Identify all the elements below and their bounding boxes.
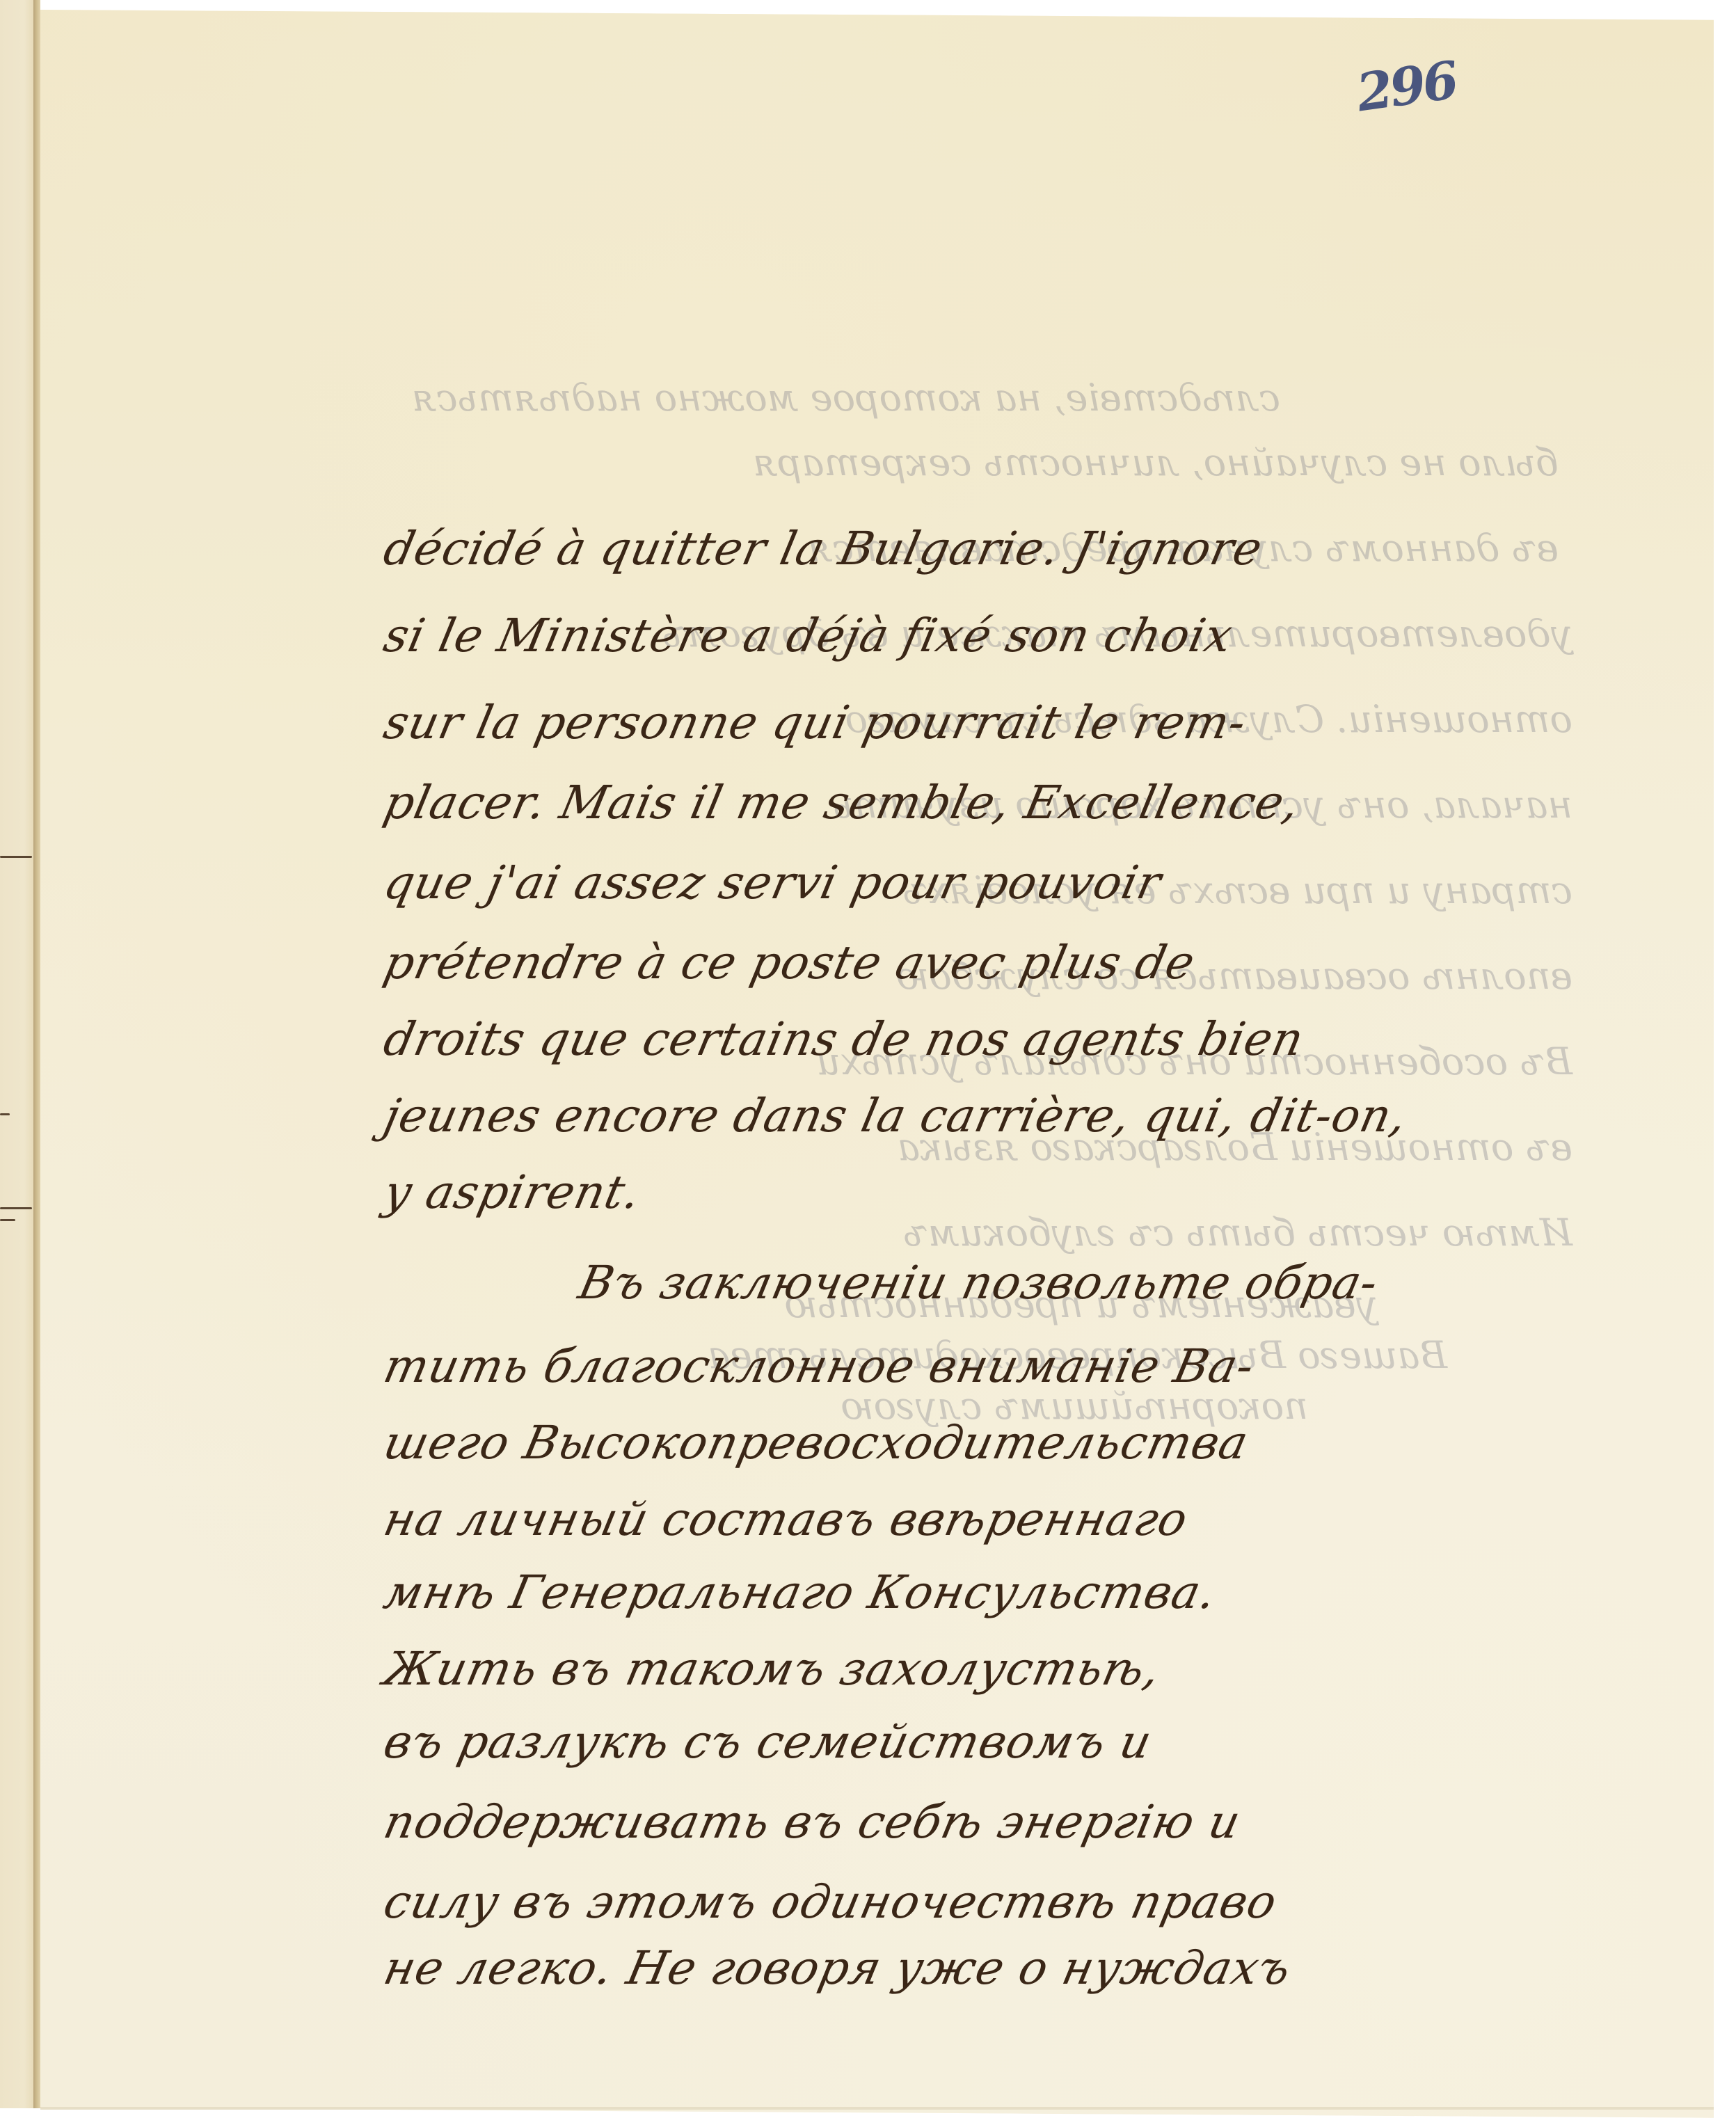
handwritten-line-russian: шего Высокопревосходительства: [379, 1416, 1253, 1470]
handwritten-line-russian: силу въ этомъ одиночествѣ право: [379, 1875, 1282, 1929]
scan-background: 296 слѣдствіе, на которое можно надѣятьс…: [0, 0, 1736, 2118]
bleed-through-line: Имѣю честь быть съ глубокимъ: [70, 1211, 1670, 1255]
handwritten-line-russian: въ разлукѣ съ семействомъ и: [379, 1715, 1156, 1769]
handwritten-line-russian: Въ заключеніи позвольте обра-: [574, 1256, 1383, 1309]
bleed-through-line: было не случайно, личность секретаря: [70, 440, 1670, 484]
handwritten-line-french: sur la personne qui pourrait le rem-: [379, 696, 1251, 749]
handwritten-line-french: prétendre à ce poste avec plus de: [379, 936, 1200, 989]
binding-fold-line: [33, 0, 40, 2108]
handwritten-line-russian: мнѣ Генеральнаго Консульства.: [379, 1566, 1221, 1619]
bleed-through-line: слѣдствіе, на которое можно надѣяться: [70, 376, 1670, 420]
handwritten-line-french: jeunes encore dans la carrière, qui, dit…: [379, 1089, 1412, 1142]
handwritten-line-russian: не легко. Не говоря уже о нуждахъ: [379, 1941, 1296, 1995]
sheet-bottom-edge: [40, 2107, 1714, 2110]
handwritten-line-french: placer. Mais il me semble, Excellence,: [379, 776, 1305, 829]
handwritten-line-french: que j'ai assez servi pour pouvoir: [379, 856, 1166, 909]
handwritten-line-russian: тить благосклонное вниманіе Ва-: [379, 1339, 1259, 1393]
handwritten-line-french: décidé à quitter la Bulgarie. J'ignore: [379, 522, 1268, 575]
facing-page-strip: [0, 0, 35, 2108]
handwritten-line-french: y aspirent.: [379, 1165, 646, 1219]
handwritten-line-french: si le Ministère a déjà fixé son choix: [379, 609, 1238, 662]
handwritten-line-french: droits que certains de nos agents bien: [379, 1012, 1309, 1066]
handwritten-line-russian: поддерживать въ себѣ энергію и: [379, 1795, 1245, 1849]
handwritten-line-russian: Жить въ такомъ захолустьѣ,: [379, 1642, 1165, 1696]
handwritten-line-russian: на личный составъ ввѣреннаго: [379, 1492, 1193, 1546]
